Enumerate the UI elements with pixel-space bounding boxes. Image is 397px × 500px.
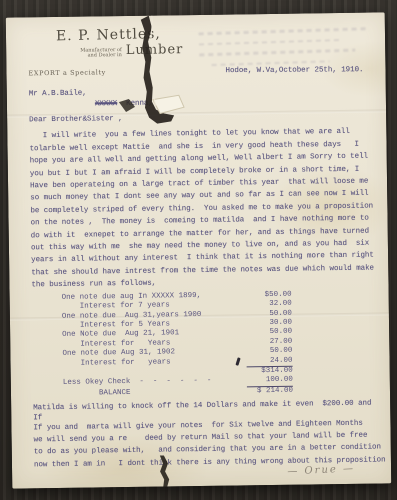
closing-paragraph: Matilda is willing to knock off the 14 D… — [33, 398, 381, 472]
export-note: EXPORT a Specialty — [28, 68, 106, 77]
letterhead-product: Lumber — [126, 42, 184, 58]
account-table: One note due aug In XXXXX 1899,$50.00 In… — [62, 290, 293, 399]
recipient-town: Kenna, Wva — [117, 99, 171, 108]
date-line: Hodoe, W.Va,October 25th, 1910. — [225, 64, 363, 77]
table-row-label: BALANCE — [63, 389, 131, 399]
table-row: BALANCE$ 214.00 — [63, 386, 293, 399]
table-row-amount: 24.00 — [246, 356, 292, 367]
table-row-amount: $ 214.00 — [247, 386, 293, 396]
letterhead-subtitle: Manufacturer of and Dealer in — [80, 48, 122, 59]
letter-body: I will write you a few lines tonight to … — [29, 126, 378, 292]
pen-mark — [235, 357, 240, 365]
table-row-label: Interest for years — [63, 358, 171, 369]
struck-text: XXXXX — [95, 100, 117, 108]
photo-of-letter: { "letterhead": { "name": "E. P. Nettles… — [0, 0, 397, 500]
letterhead: E. P. Nettles, Manufacturer of and Deale… — [28, 23, 376, 90]
salutation: Dear Brother&Sister , — [29, 110, 376, 127]
letter-paper: E. P. Nettles, Manufacturer of and Deale… — [6, 12, 392, 488]
table-row-amount: 100.00 — [247, 376, 293, 387]
